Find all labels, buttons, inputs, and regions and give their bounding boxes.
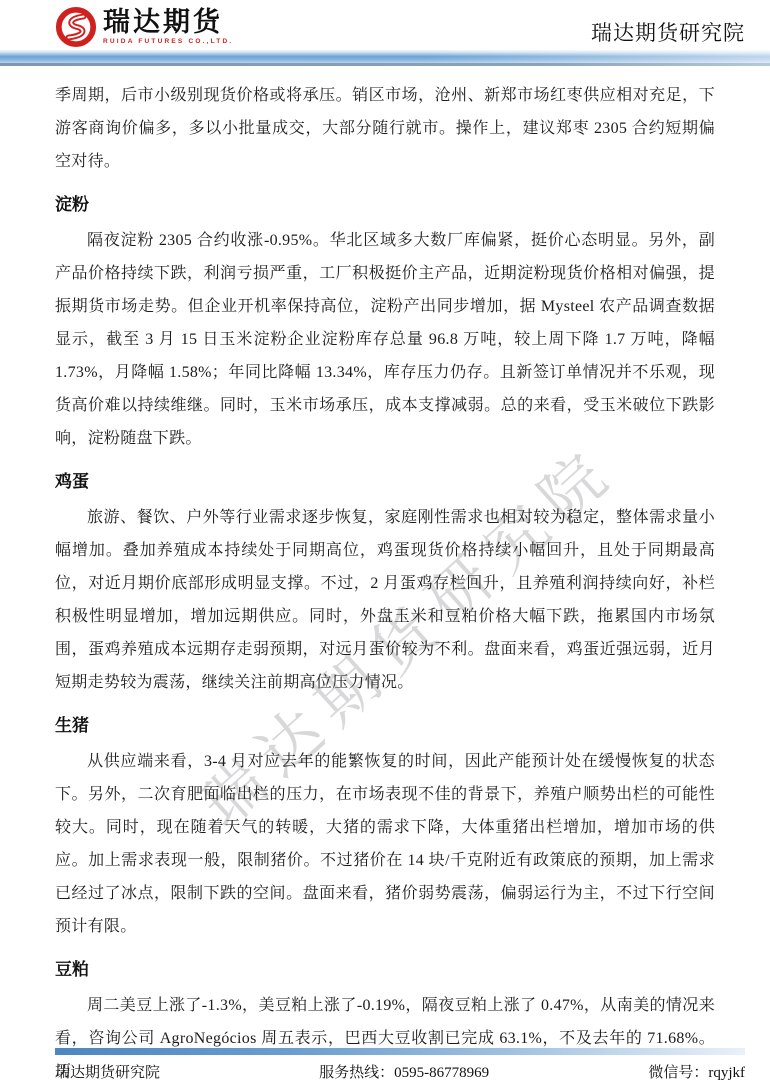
paragraph-intro: 季周期，后市小级别现货价格或将承压。销区市场，沧州、新郑市场红枣供应相对充足，下…	[55, 79, 715, 178]
brand-logo: 瑞达期货 RUIDA FUTURES CO.,LTD.	[55, 6, 233, 48]
brand-logo-text: 瑞达期货 RUIDA FUTURES CO.,LTD.	[103, 9, 233, 46]
brand-name-en: RUIDA FUTURES CO.,LTD.	[103, 39, 233, 46]
section-heading-soymeal: 豆粕	[55, 956, 715, 983]
page-header: 瑞达期货 RUIDA FUTURES CO.,LTD. 瑞达期货研究院	[0, 0, 770, 50]
institute-title: 瑞达期货研究院	[591, 17, 745, 47]
section-heading-hog: 生猪	[55, 712, 715, 739]
header-divider-bar	[0, 50, 770, 63]
brand-name-cn: 瑞达期货	[103, 9, 233, 36]
paragraph-starch: 隔夜淀粉 2305 合约收涨-0.95%。华北区域多大数厂库偏紧，挺价心态明显。…	[55, 224, 715, 455]
paragraph-egg: 旅游、餐饮、户外等行业需求逐步恢复，家庭刚性需求也相对较为稳定，整体需求量小幅增…	[55, 501, 715, 699]
report-body: 瑞达期货研究院 季周期，后市小级别现货价格或将承压。销区市场，沧州、新郑市场红枣…	[0, 66, 770, 1048]
paragraph-soymeal: 周二美豆上涨了-1.3%，美豆粕上涨了-0.19%，隔夜豆粕上涨了 0.47%，…	[55, 989, 715, 1088]
section-heading-egg: 鸡蛋	[55, 468, 715, 495]
paragraph-hog: 从供应端来看，3-4 月对应去年的能繁恢复的时间，因此产能预计处在缓慢恢复的状态…	[55, 745, 715, 943]
section-heading-starch: 淀粉	[55, 191, 715, 218]
brand-logo-icon	[55, 6, 97, 48]
report-page: 瑞达期货 RUIDA FUTURES CO.,LTD. 瑞达期货研究院 瑞达期货…	[0, 0, 770, 1090]
